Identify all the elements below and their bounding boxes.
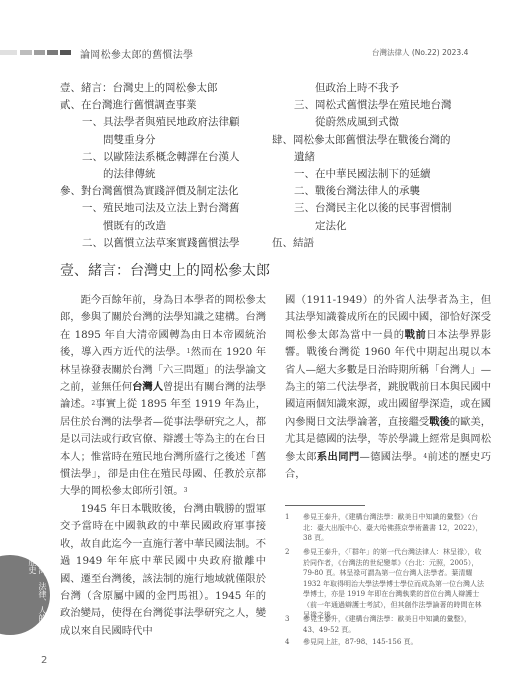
page-number: 2: [41, 655, 47, 666]
footnote: 4 參見同上註，87-98、145-156 頁。: [285, 637, 485, 648]
footnote-number: 2: [285, 547, 289, 558]
footnote-number: 4: [285, 637, 289, 648]
toc-item[interactable]: 壹、緒言：台灣史上的岡松參太郎: [60, 80, 270, 97]
toc-item[interactable]: 二、以歐陸法系概念轉譯在台漢人: [60, 149, 270, 166]
paragraph: 距今百餘年前，身為日本學者的岡松參太郎，參與了關於台灣的法學知識之建構。台灣在 …: [60, 292, 266, 501]
toc-item[interactable]: 三、岡松式舊慣法學在殖民地台灣: [272, 97, 492, 114]
header-bar-1: [0, 50, 17, 55]
toc-item[interactable]: 問雙重身分: [60, 132, 270, 149]
toc-left: 壹、緒言：台灣史上的岡松參太郎 貳、在台灣進行舊慣調查事業 一、具法學者與殖民地…: [60, 80, 270, 252]
text-run: —德國法學。: [359, 451, 423, 463]
emphasis: 戰前: [405, 329, 427, 341]
side-tab-label: 台灣、法律、人的歷史: [17, 558, 47, 628]
text-run: 事實上從 1895 年至 1919 年為止，居住於台灣的法學者—從事法學研究之人…: [60, 398, 266, 497]
footnote-ref[interactable]: 2: [91, 400, 95, 407]
header-bar-5: [60, 50, 71, 55]
body-column-left: 距今百餘年前，身為日本學者的岡松參太郎，參與了關於台灣的法學知識之建構。台灣在 …: [60, 292, 266, 640]
toc-item[interactable]: 慣既有的改造: [60, 218, 270, 235]
footnote-text: 參見王泰升，〈「群年」的第一代台灣法律人：林呈祿〉，收於同作者，《台灣法的世紀變…: [285, 547, 485, 621]
toc-item[interactable]: 一、具法學者與殖民地政府法律顧: [60, 114, 270, 131]
footnote-ref[interactable]: 1: [187, 348, 191, 355]
footnote-divider: [285, 505, 365, 506]
emphasis: 台灣人: [132, 381, 163, 393]
footnote: 2 參見王泰升，〈「群年」的第一代台灣法律人：林呈祿〉，收於同作者，《台灣法的世…: [285, 547, 485, 621]
footnote-text: 參見同上註，87-98、145-156 頁。: [285, 637, 485, 648]
footnote-text: 參見王泰升，《建構台灣法學：歐美日中知識的彙整》（台北：臺大出版中心、臺大哈佛燕…: [285, 512, 485, 544]
toc-item[interactable]: 遺緒: [272, 149, 492, 166]
article-title: 論岡松參太郎的舊慣法學: [80, 46, 193, 61]
toc-item[interactable]: 但政治上時不我予: [272, 80, 492, 97]
footnote-ref[interactable]: 3: [184, 487, 188, 494]
toc-item[interactable]: 從蔚然成風到式微: [272, 114, 492, 131]
toc-item[interactable]: 二、戰後台灣法律人的承襲: [272, 183, 492, 200]
toc-item[interactable]: 二、以舊慣立法草案實踐舊慣法學: [60, 235, 270, 252]
toc-item[interactable]: 三、台灣民主化以後的民事習慣制: [272, 200, 492, 217]
emphasis: 系出同門: [317, 451, 360, 463]
footnote-ref[interactable]: 4: [423, 453, 427, 460]
header-bar-2: [20, 50, 32, 55]
header-bar-4: [47, 50, 58, 55]
footnote-text: 參見王泰升，《建構台灣法學：歐美日中知識的彙整》，43、49-52 頁。: [285, 614, 485, 635]
toc-item[interactable]: 參、對台灣舊慣為實踐評價及制定法化: [60, 183, 270, 200]
text-run: 日本法學界影響。戰後台灣從 1960 年代中期起出現以本省人—絕大多數是日治時期…: [285, 329, 491, 428]
section-heading: 壹、緒言：台灣史上的岡松參太郎: [60, 260, 270, 280]
toc-item[interactable]: 定法化: [272, 218, 492, 235]
toc-item[interactable]: 肆、岡松參太郎舊慣法學在戰後台灣的: [272, 132, 492, 149]
footnote: 3 參見王泰升，《建構台灣法學：歐美日中知識的彙整》，43、49-52 頁。: [285, 614, 485, 635]
footnote-number: 1: [285, 512, 289, 523]
paragraph: 1945 年日本戰敗後，台灣由戰勝的盟軍交予當時在中國執政的中華民國政府軍事接收…: [60, 501, 266, 640]
paragraph: 國（1911-1949）的外省人法學者為主，但其法學知識養成所在的民國中國，卻恰…: [285, 292, 491, 483]
toc-item[interactable]: 貳、在台灣進行舊慣調查事業: [60, 97, 270, 114]
body-column-right: 國（1911-1949）的外省人法學者為主，但其法學知識養成所在的民國中國，卻恰…: [285, 292, 491, 483]
emphasis: 戰後: [429, 416, 450, 428]
toc-right: 但政治上時不我予 三、岡松式舊慣法學在殖民地台灣 從蔚然成風到式微 肆、岡松參太…: [272, 80, 492, 252]
journal-issue: 台灣法律人 (No.22) 2023.4: [372, 47, 468, 58]
footnote: 1 參見王泰升，《建構台灣法學：歐美日中知識的彙整》（台北：臺大出版中心、臺大哈…: [285, 512, 485, 544]
toc-item[interactable]: 的法律傳統: [60, 166, 270, 183]
toc-item[interactable]: 一、殖民地司法及立法上對台灣舊: [60, 200, 270, 217]
header-bar-3: [34, 50, 45, 55]
running-header: 論岡松參太郎的舊慣法學 台灣法律人 (No.22) 2023.4: [0, 47, 516, 59]
footnote-number: 3: [285, 614, 289, 625]
toc-item[interactable]: 伍、結語: [272, 235, 492, 252]
toc-item[interactable]: 一、在中華民國法制下的延續: [272, 166, 492, 183]
